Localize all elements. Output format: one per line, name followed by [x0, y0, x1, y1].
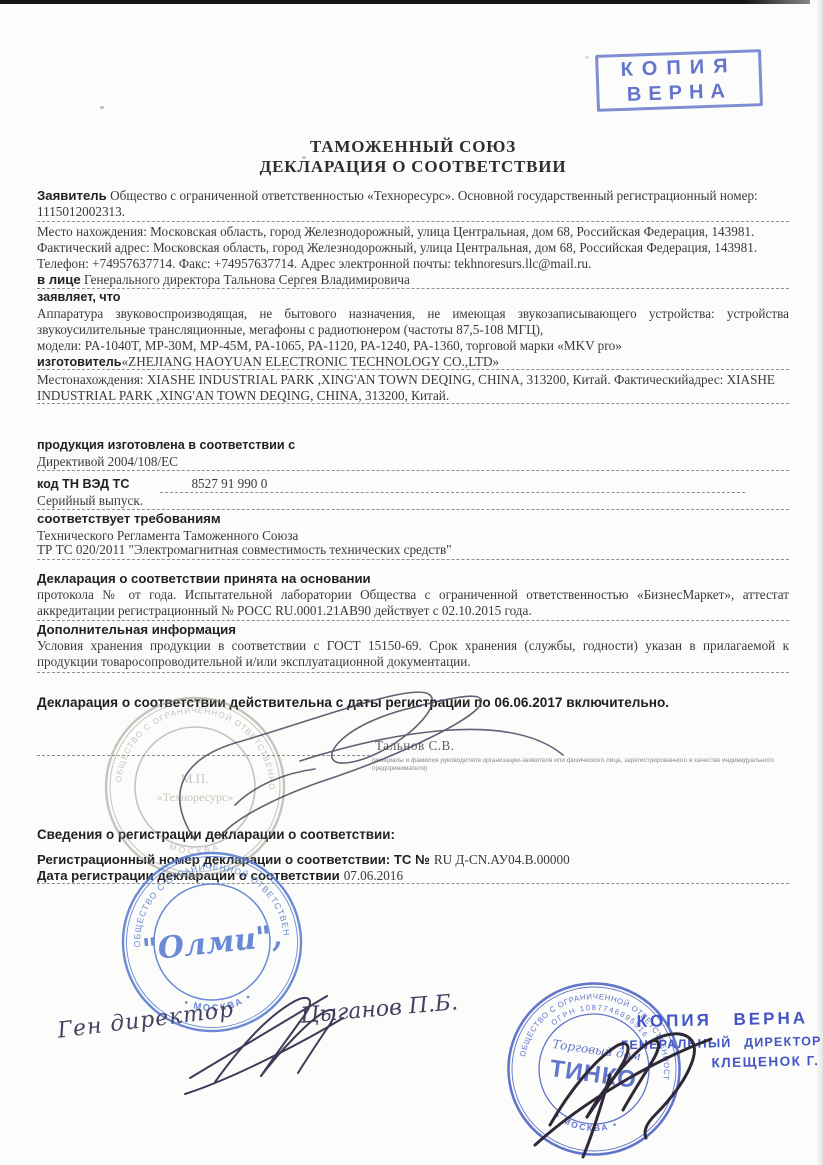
- left-signature: [175, 980, 365, 1105]
- dashed-separator: [37, 470, 789, 471]
- doc-title-line1: ТАМОЖЕННЫЙ СОЮЗ: [37, 137, 789, 157]
- field-serial: Серийный выпуск.: [37, 493, 789, 509]
- dashed-separator: [37, 221, 789, 222]
- signature-stroke: [215, 998, 310, 1082]
- field-product: Аппаратура звуковоспроизводящая, не быто…: [37, 306, 789, 338]
- dashed-separator: [37, 288, 789, 289]
- seal-olmi-name: "Олми",: [141, 919, 284, 968]
- field-models: модели: PA-1040T, MP-30M, MP-45M, PA-106…: [37, 338, 789, 354]
- field-in-person: в лице Генерального директора Тальнова С…: [37, 272, 789, 288]
- scanned-declaration-page: КОПИЯ ВЕРНА ТАМОЖЕННЫЙ СОЮЗ ДЕКЛАРАЦИЯ О…: [0, 0, 823, 1165]
- basis-label: Декларация о соответствии принята на осн…: [37, 571, 789, 586]
- manufacturer-text: «ZHEJIANG HAOYUAN ELECTRONIC TECHNOLOGY …: [122, 354, 500, 369]
- field-applicant: Заявитель Общество с ограниченной ответс…: [37, 188, 789, 220]
- signature-stroke: [300, 729, 563, 761]
- signature-stroke: [190, 996, 327, 1078]
- in-person-text: Генерального директора Тальнова Сергея В…: [81, 272, 410, 287]
- tn-ved-label: код ТН ВЭД ТС: [37, 477, 129, 491]
- reg-date-value: 07.06.2016: [344, 868, 403, 883]
- scan-right-edge: [816, 0, 823, 1165]
- signature-stroke: [587, 1041, 659, 1117]
- complies-label: соответствует требованиям: [37, 511, 789, 526]
- paper-speck: [585, 56, 589, 59]
- paper-speck: [100, 106, 104, 109]
- field-manufacturer: изготовитель«ZHEJIANG HAOYUAN ELECTRONIC…: [37, 354, 789, 370]
- in-person-label: в лице: [37, 272, 81, 287]
- additional-label: Дополнительная информация: [37, 622, 789, 637]
- dashed-separator: [37, 509, 789, 510]
- pen-signature-loops: [85, 665, 585, 865]
- signature-stroke: [535, 1039, 711, 1145]
- applicant-text: Общество с ограниченной ответственностью…: [37, 188, 758, 219]
- field-manufacturer-address: Местонахождения: XIASHE INDUSTRIAL PARK …: [37, 372, 789, 404]
- field-directive: Директивой 2004/108/ЕС: [37, 454, 789, 470]
- basis-text: протокола № от года. Испытательной лабор…: [37, 587, 789, 619]
- scan-top-edge: [0, 0, 810, 4]
- regulation-line2: ТР ТС 020/2011 "Электромагнитная совмест…: [37, 542, 789, 558]
- dashed-separator: [37, 369, 789, 370]
- doc-title-line2: ДЕКЛАРАЦИЯ О СООТВЕТСТВИИ: [37, 157, 789, 177]
- dashed-separator: [37, 403, 789, 404]
- director-signature: [515, 1005, 725, 1160]
- signature-stroke: [180, 692, 481, 840]
- signature-stroke: [185, 1018, 343, 1094]
- made-according-label: продукция изготовлена в соответствии с: [37, 438, 789, 452]
- applicant-label: Заявитель: [37, 188, 107, 203]
- dashed-separator: [37, 620, 789, 621]
- manufacturer-label: изготовитель: [37, 355, 122, 369]
- field-tn-ved: код ТН ВЭД ТС 8527 91 990 0: [37, 475, 789, 493]
- declares-label: заявляет, что: [37, 290, 789, 304]
- tn-ved-code: 8527 91 990 0: [191, 476, 267, 491]
- field-location: Место нахождения: Московская область, го…: [37, 224, 789, 273]
- copy-verna-box-stamp: КОПИЯ ВЕРНА: [595, 49, 763, 112]
- dashed-separator: [37, 559, 789, 560]
- certify-line3: КЛЕЩЕНОК Г. С.: [711, 1053, 823, 1071]
